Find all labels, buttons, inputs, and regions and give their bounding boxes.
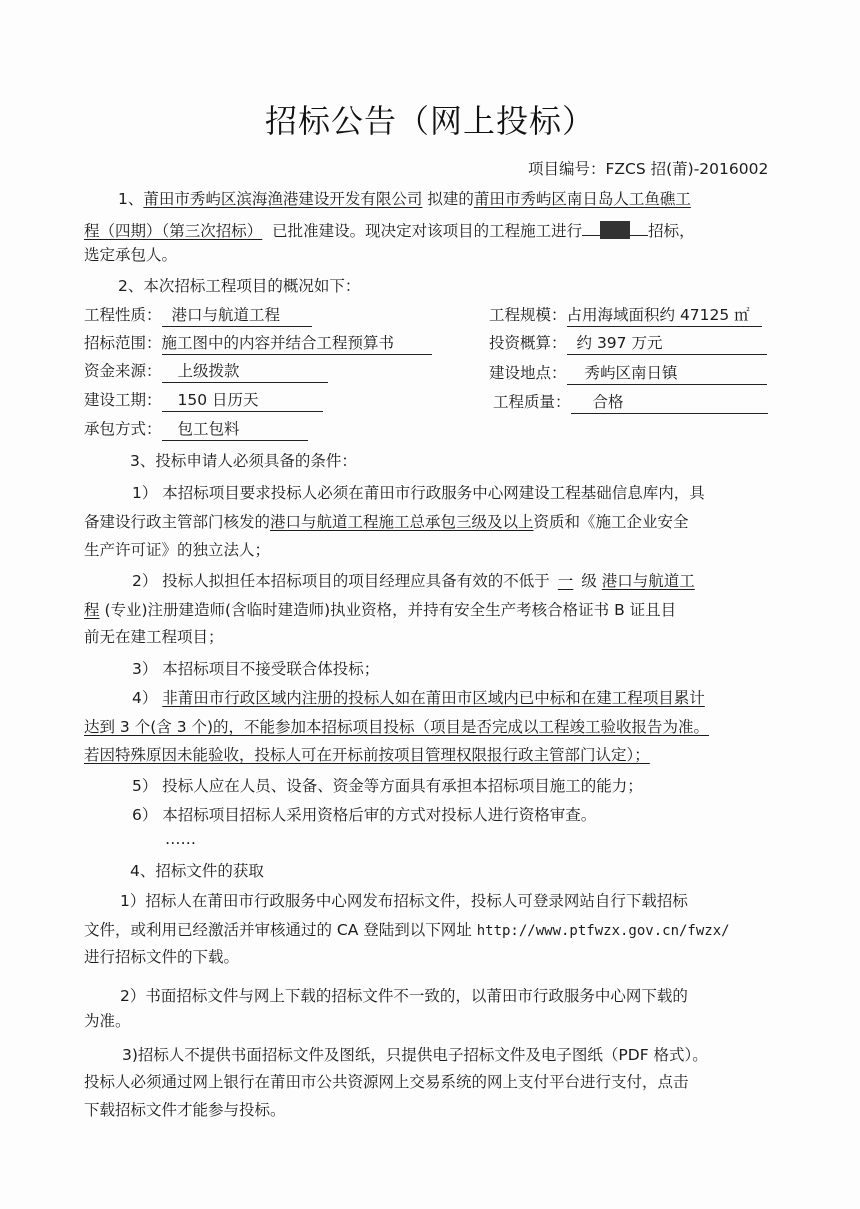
document-title: 招标公告（网上投标） bbox=[0, 96, 860, 142]
s4-item1-line3: 进行招标文件的下载。 bbox=[84, 946, 239, 968]
s3-ellipsis: …… bbox=[165, 828, 196, 850]
section1-line3: 选定承包人。 bbox=[84, 244, 177, 266]
s3-item1-line2: 备建设行政主管部门核发的港口与航道工程施工总承包三级及以上资质和《施工企业安全 bbox=[84, 511, 689, 533]
s4-item3-line1: 3)招标人不提供书面招标文件及图纸，只提供电子招标文件及电子图纸（PDF 格式）… bbox=[122, 1044, 708, 1066]
owner-name: 莆田市秀屿区滨海渔港建设开发有限公司 bbox=[143, 190, 422, 208]
s3-item2-line3: 前无在建工程项目； bbox=[84, 626, 224, 648]
s3-item3: 3） 本招标项目不接受联合体投标； bbox=[132, 658, 379, 680]
s4-item1-line1: 1）招标人在莆田市行政服务中心网发布招标文件，投标人可登录网站自行下载招标 bbox=[120, 890, 688, 912]
s3-item4-line1: 4） 非莆田市行政区域内注册的投标人如在莆田市区域内已中标和在建工程项目累计 bbox=[132, 687, 705, 709]
tender-download-url[interactable]: http://www.ptfwzx.gov.cn/fwzx/ bbox=[477, 923, 730, 939]
s3-item5: 5） 投标人应在人员、设备、资金等方面具有承担本招标项目施工的能力； bbox=[132, 775, 643, 797]
field-contract-mode: 承包方式：包工包料 bbox=[84, 418, 308, 441]
s3-item6: 6） 本招标项目招标人采用资格后审的方式对投标人进行资格审查。 bbox=[132, 804, 596, 826]
project-name: 莆田市秀屿区南日岛人工鱼礁工 bbox=[474, 190, 691, 208]
s3-item4-line2: 达到 3 个(含 3 个)的，不能参加本招标项目投标（项目是否完成以工程竣工验收… bbox=[84, 716, 709, 738]
s4-item2-line1: 2）书面招标文件与网上下载的招标文件不一致的，以莆田市行政服务中心网下载的 bbox=[120, 985, 688, 1007]
s4-item3-line2: 投标人必须通过网上银行在莆田市公共资源网上交易系统的网上支付平台进行支付，点击 bbox=[84, 1071, 689, 1093]
s4-item1-line2: 文件，或利用已经激活并审核通过的 CA 登陆到以下网址 http://www.p… bbox=[84, 919, 730, 942]
field-tender-scope: 招标范围：施工图中的内容并结合工程预算书 bbox=[84, 332, 432, 355]
section3-heading: 3、投标申请人必须具备的条件： bbox=[130, 450, 357, 472]
section4-heading: 4、招标文件的获取 bbox=[130, 860, 264, 882]
field-quality: 工程质量：合格 bbox=[493, 391, 768, 414]
s3-item1-line1: 1） 本招标项目要求投标人必须在莆田市行政服务中心网建设工程基础信息库内，具 bbox=[132, 482, 705, 504]
redacted-tender-type bbox=[600, 221, 630, 239]
section2-heading: 2、本次招标工程项目的概况如下： bbox=[118, 275, 360, 297]
s3-item1-line3: 生产许可证》的独立法人； bbox=[84, 539, 270, 561]
field-project-scale: 工程规模：占用海域面积约 47125 ㎡ bbox=[489, 304, 762, 327]
s3-item4-line3: 若因特殊原因未能验收，投标人可在开标前按项目管理权限报行政主管部门认定）； bbox=[84, 744, 650, 766]
section1-line1: 1、莆田市秀屿区滨海渔港建设开发有限公司 拟建的莆田市秀屿区南日岛人工鱼礁工 bbox=[118, 188, 691, 210]
field-location: 建设地点：秀屿区南日镇 bbox=[489, 362, 767, 385]
field-project-nature: 工程性质：港口与航道工程 bbox=[84, 304, 312, 327]
section1-line2: 程（四期）（第三次招标） 已批准建设。现决定对该项目的工程施工进行招标， bbox=[84, 217, 695, 242]
field-fund-source: 资金来源：上级拨款 bbox=[84, 360, 328, 383]
scanned-document-page: 招标公告（网上投标） 项目编号：FZCS 招(莆)-2016002 1、莆田市秀… bbox=[0, 0, 860, 1209]
field-duration: 建设工期：150 日历天 bbox=[84, 389, 323, 412]
s3-item2-line2: 程 (专业)注册建造师(含临时建造师)执业资格，并持有安全生产考核合格证书 B … bbox=[84, 599, 676, 621]
field-investment-estimate: 投资概算：约 397 万元 bbox=[489, 332, 767, 355]
project-number: 项目编号：FZCS 招(莆)-2016002 bbox=[528, 158, 768, 180]
s4-item3-line3: 下载招标文件才能参与投标。 bbox=[84, 1099, 286, 1121]
s3-item2-line1: 2） 投标人拟担任本招标项目的项目经理应具备有效的不低于一级 港口与航道工 bbox=[132, 570, 695, 592]
s4-item2-line2: 为准。 bbox=[84, 1010, 131, 1032]
